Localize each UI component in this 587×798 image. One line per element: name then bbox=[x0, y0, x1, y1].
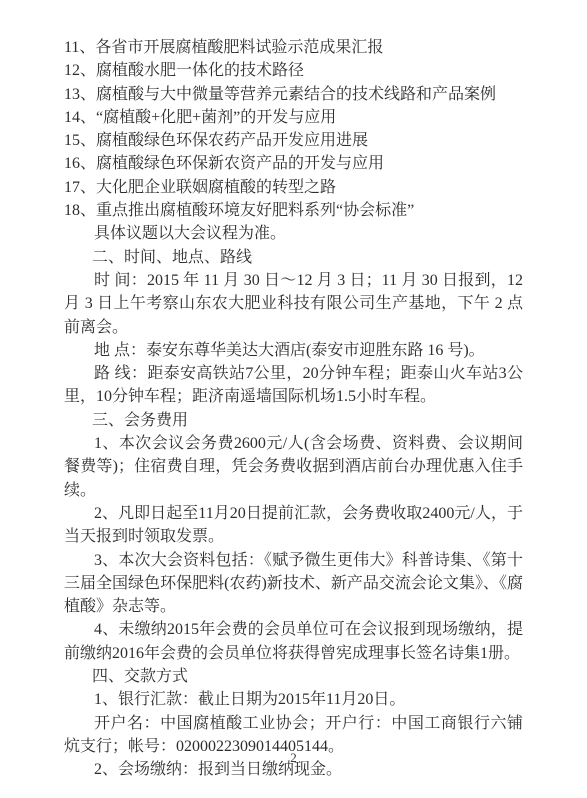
agenda-item-16: 16、腐植酸绿色环保新农资产品的开发与应用 bbox=[64, 152, 523, 175]
time-paragraph: 时 间：2015 年 11 月 30 日～12 月 3 日；11 月 30 日报… bbox=[64, 269, 523, 339]
place-paragraph: 地 点：泰安东尊华美达大酒店(泰安市迎胜东路 16 号)。 bbox=[64, 339, 523, 362]
section-heading-payment-methods: 四、交款方式 bbox=[64, 665, 523, 688]
document-body: 11、各省市开展腐植酸肥料试验示范成果汇报 12、腐植酸水肥一体化的技术路径 1… bbox=[64, 36, 523, 782]
fee-paragraph-3: 3、本次大会资料包括：《赋予微生更伟大》科普诗集、《第十三届全国绿色环保肥料(农… bbox=[64, 549, 523, 619]
fee-paragraph-1: 1、本次会议会务费2600元/人(含会场费、资料费、会议期间餐费等)；住宿费自理… bbox=[64, 432, 523, 502]
fee-paragraph-4: 4、未缴纳2015年会费的会员单位可在会议报到现场缴纳，提前缴纳2016年会费的… bbox=[64, 618, 523, 665]
fee-paragraph-2: 2、凡即日起至11月20日提前汇款，会务费收取2400元/人，于当天报到时领取发… bbox=[64, 502, 523, 549]
section-heading-time-place-route: 二、时间、地点、路线 bbox=[64, 246, 523, 269]
agenda-item-15: 15、腐植酸绿色环保农药产品开发应用进展 bbox=[64, 129, 523, 152]
agenda-item-11: 11、各省市开展腐植酸肥料试验示范成果汇报 bbox=[64, 36, 523, 59]
route-paragraph: 路 线：距泰安高铁站7公里，20分钟车程；距泰山火车站3公里，10分钟车程；距济… bbox=[64, 362, 523, 409]
agenda-item-17: 17、大化肥企业联姻腐植酸的转型之路 bbox=[64, 176, 523, 199]
document-page: 11、各省市开展腐植酸肥料试验示范成果汇报 12、腐植酸水肥一体化的技术路径 1… bbox=[0, 0, 587, 798]
agenda-item-13: 13、腐植酸与大中微量等营养元素结合的技术线路和产品案例 bbox=[64, 83, 523, 106]
agenda-item-14: 14、“腐植酸+化肥+菌剂”的开发与应用 bbox=[64, 106, 523, 129]
agenda-item-18: 18、重点推出腐植酸环境友好肥料系列“协会标准” bbox=[64, 199, 523, 222]
agenda-item-12: 12、腐植酸水肥一体化的技术路径 bbox=[64, 59, 523, 82]
section-heading-conference-fees: 三、会务费用 bbox=[64, 409, 523, 432]
payment-bank-transfer: 1、银行汇款：截止日期为2015年11月20日。 bbox=[64, 688, 523, 711]
page-number: 2 bbox=[0, 750, 587, 766]
agenda-note: 具体议题以大会议程为准。 bbox=[64, 222, 523, 245]
